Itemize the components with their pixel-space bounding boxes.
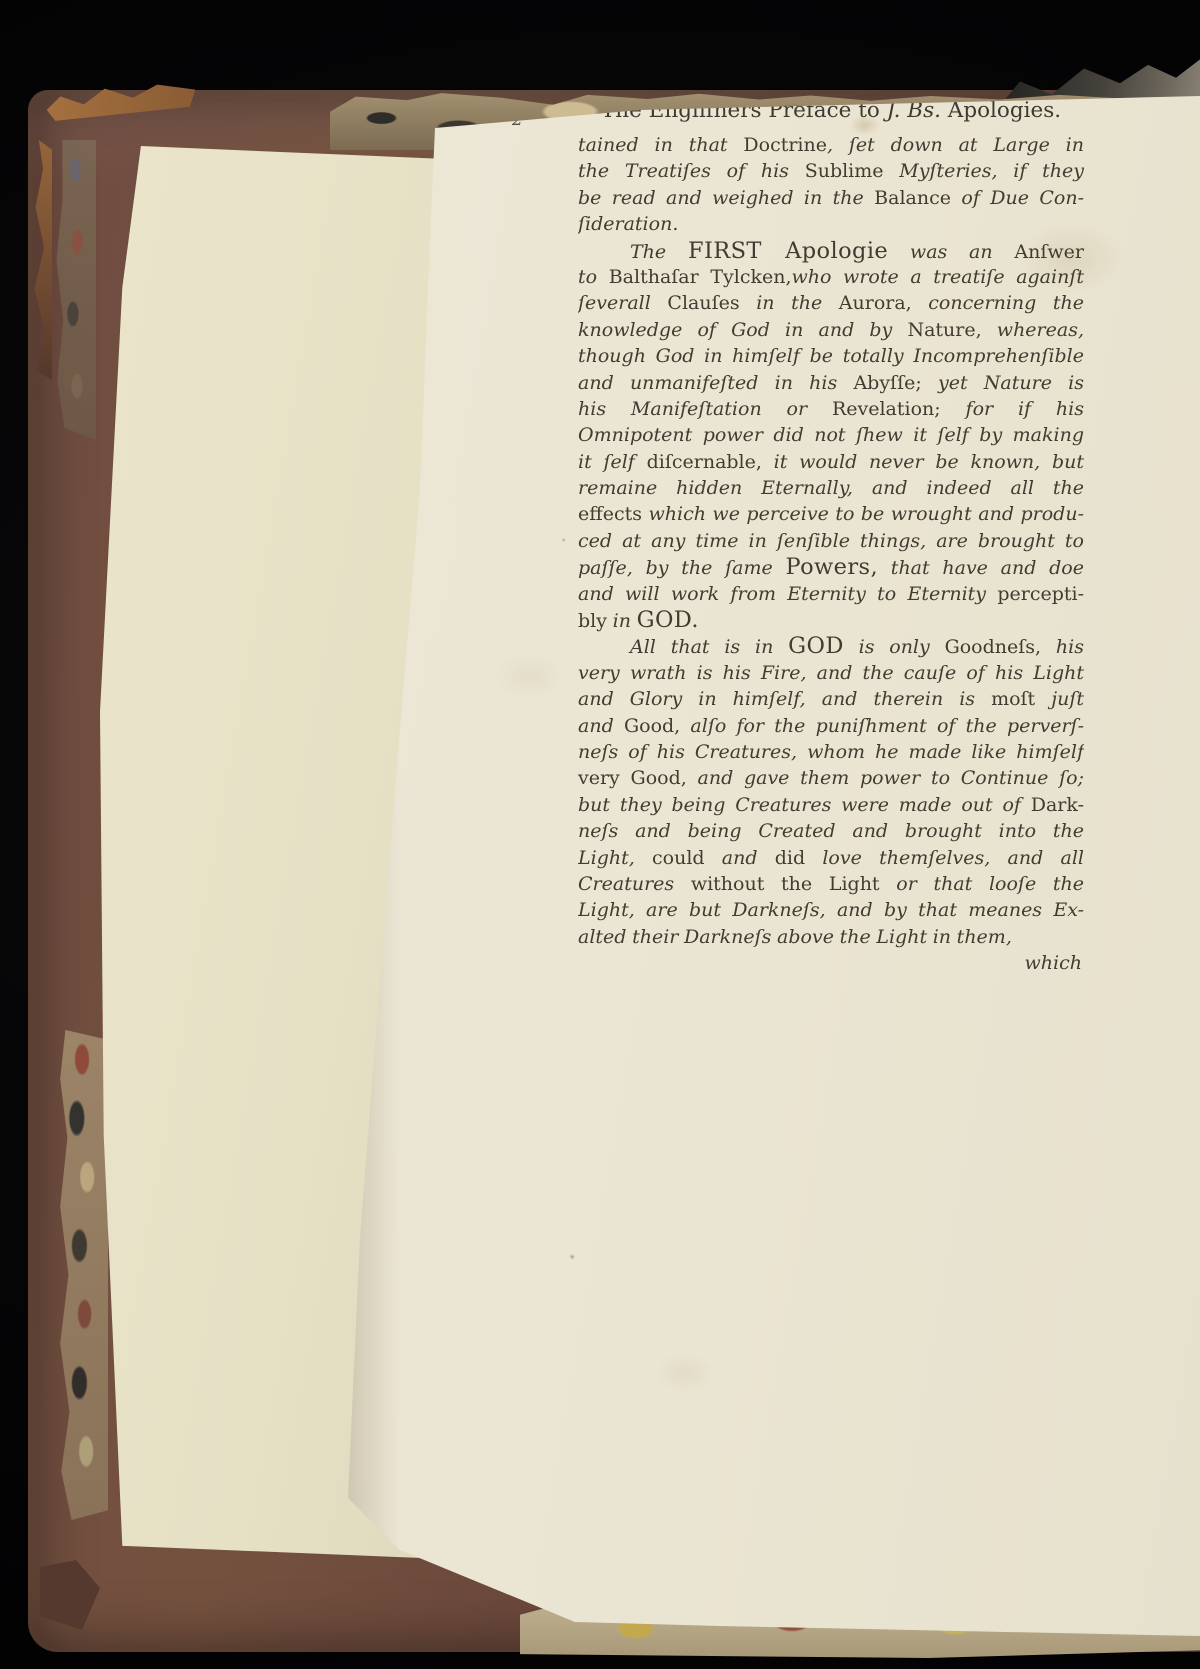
catchword: which [578, 950, 1084, 976]
text-segment: Balthaſar Tylcken, [609, 266, 792, 288]
text-segment: very wrath is his Fire, and the cauſe of… [578, 662, 1084, 684]
text-segment: which we perceive to be wrought and prod… [642, 503, 1084, 525]
text-segment: , ſet down at Large in [827, 134, 1084, 156]
text-segment: percepti- [997, 583, 1084, 605]
text-segment: did [775, 847, 823, 869]
text-segment: effects [578, 503, 642, 525]
text-line: his Manifeſtation or Revelation; for if … [578, 396, 1084, 422]
text-segment: tained in that [578, 134, 743, 156]
text-segment: the Treatiſes of his [578, 160, 805, 182]
text-segment: bly [578, 610, 613, 632]
text-segment: Balance [874, 187, 951, 209]
text-segment: Nature, [907, 319, 981, 341]
text-segment: and Glory in himſelf, and therein is [578, 688, 991, 710]
text-segment: Doctrine [743, 134, 827, 156]
text-line: though God in himſelf be totally Incompr… [578, 343, 1084, 369]
text-segment: juſt [1035, 688, 1084, 710]
text-segment: All that is in [630, 636, 788, 658]
text-segment: Abyſſe; [853, 372, 921, 394]
text-segment: could [652, 847, 722, 869]
text-line: ſideration. [578, 211, 1084, 237]
text-segment: concerning the [912, 292, 1084, 314]
text-segment: but they being Creatures were made out o… [578, 794, 1031, 816]
text-line: the Treatiſes of his Sublime Myſteries, … [578, 158, 1084, 184]
text-segment: or that looſe the [896, 873, 1084, 895]
text-segment: love themſelves, and all [822, 847, 1084, 869]
text-line: but they being Creatures were made out o… [578, 792, 1084, 818]
text-segment: in [613, 610, 637, 632]
text-segment: though God in himſelf be totally Incompr… [578, 345, 1084, 367]
text-line: remaine hidden Eternally, and indeed all… [578, 475, 1084, 501]
text-line: effects which we perceive to be wrought … [578, 501, 1084, 527]
text-line: and will work from Eternity to Eternity … [578, 581, 1084, 607]
text-line: very wrath is his Fire, and the cauſe of… [578, 660, 1084, 686]
text-line: ced at any time in ſenſible things, are … [578, 528, 1084, 554]
text-segment: in the [740, 292, 839, 314]
text-segment: it would never be known, but [762, 451, 1084, 473]
text-line: Light, are but Darkneſs, and by that mea… [578, 897, 1084, 923]
book-page: 2 The Engliſhers Preface to J. Bs. Apolo… [340, 88, 1200, 1636]
text-line: and unmanifeſted in his Abyſſe; yet Natu… [578, 370, 1084, 396]
text-segment: be read and weighed in the [578, 187, 874, 209]
text-segment: it ſelf [578, 451, 647, 473]
text-segment: paſſe, by the ſame [578, 557, 785, 579]
text-line: All that is in GOD is only Goodneſs, his [578, 633, 1084, 659]
text-segment: his Manifeſtation or [578, 398, 832, 420]
text-segment: Anſwer [1014, 241, 1084, 263]
text-line: very Good, and gave them power to Contin… [578, 765, 1084, 791]
text-segment: Sublime [805, 160, 884, 182]
text-line: alted their Darkneſs above the Light in … [578, 924, 1084, 950]
text-segment: is only [844, 636, 945, 658]
text-line: tained in that Doctrine, ſet down at Lar… [578, 132, 1084, 158]
text-line: to Balthaſar Tylcken,who wrote a treatiſ… [578, 264, 1084, 290]
text-segment: diſcernable, [647, 451, 762, 473]
text-line: be read and weighed in the Balance of Du… [578, 185, 1084, 211]
text-segment: Good, [624, 715, 680, 737]
text-line: The FIRST Apologie was an Anſwer [578, 238, 1084, 264]
text-segment: for if his [941, 398, 1084, 420]
text-line: it ſelf diſcernable, it would never be k… [578, 449, 1084, 475]
text-segment: Myſteries, if they [884, 160, 1084, 182]
text-segment: and unmanifeſted in his [578, 372, 853, 394]
text-segment: was an [888, 241, 1014, 263]
text-segment: The [630, 241, 688, 263]
text-line: neſs of his Creatures, whom he made like… [578, 739, 1084, 765]
text-segment: remaine hidden Eternally, and indeed all… [578, 477, 1084, 499]
photo-background: 2 The Engliſhers Preface to J. Bs. Apolo… [0, 0, 1200, 1669]
text-segment: ſeverall [578, 292, 667, 314]
text-segment: Creatures [578, 873, 691, 895]
text-segment: yet Nature is [922, 372, 1084, 394]
text-segment: knowledge of God in and by [578, 319, 907, 341]
text-segment: very Good, [578, 767, 687, 789]
text-block: tained in that Doctrine, ſet down at Lar… [578, 132, 1084, 977]
text-segment: Revelation; [832, 398, 941, 420]
text-segment: and gave them power to Continue ſo; [687, 767, 1084, 789]
text-segment: ſideration. [578, 213, 678, 235]
text-segment: Light, are but Darkneſs, and by that mea… [578, 899, 1084, 921]
text-line: bly in GOD. [578, 607, 1084, 633]
text-segment: and will work from Eternity to Eternity [578, 583, 997, 605]
text-segment: Powers, [785, 554, 878, 580]
text-segment: who wrote a treatiſe againſt [792, 266, 1085, 288]
text-line: paſſe, by the ſame Powers, that have and… [578, 554, 1084, 580]
text-line: Omnipotent power did not ſhew it ſelf by… [578, 422, 1084, 448]
text-segment: neſs and being Created and brought into … [578, 820, 1084, 842]
text-segment: and [722, 847, 775, 869]
text-line: and Good, alſo for the puniſhment of the… [578, 713, 1084, 739]
text-segment: Omnipotent power did not ſhew it ſelf by… [578, 424, 1084, 446]
text-line: ſeverall Clauſes in the Aurora, concerni… [578, 290, 1084, 316]
text-line: neſs and being Created and brought into … [578, 818, 1084, 844]
text-segment: whereas, [982, 319, 1084, 341]
text-segment: Goodneſs, [945, 636, 1042, 658]
text-segment: his [1041, 636, 1084, 658]
text-line: Light, could and did love themſelves, an… [578, 845, 1084, 871]
text-line: knowledge of God in and by Nature, where… [578, 317, 1084, 343]
text-segment: Light, [578, 847, 652, 869]
text-line: Creatures without the Light or that looſ… [578, 871, 1084, 897]
text-segment: of Due Con- [951, 187, 1084, 209]
text-segment: alſo for the puniſhment of the perverſ- [680, 715, 1084, 737]
text-segment: alted their Darkneſs above the Light in … [578, 926, 1012, 948]
text-segment: neſs of his Creatures, whom he made like… [578, 741, 1084, 763]
text-segment: moſt [991, 688, 1035, 710]
text-segment: ced at any time in ſenſible things, are … [578, 530, 1084, 552]
text-line: and Glory in himſelf, and therein is moſ… [578, 686, 1084, 712]
text-segment: and [578, 715, 624, 737]
text-segment: to [578, 266, 609, 288]
text-segment: FIRST Apologie [688, 238, 888, 264]
text-segment: Dark- [1031, 794, 1084, 816]
text-segment: without the Light [691, 873, 896, 895]
text-segment: GOD. [637, 607, 699, 633]
text-segment: GOD [788, 633, 844, 659]
text-segment: that have and doe [878, 557, 1084, 579]
text-segment: Aurora, [839, 292, 912, 314]
text-segment: Clauſes [667, 292, 739, 314]
